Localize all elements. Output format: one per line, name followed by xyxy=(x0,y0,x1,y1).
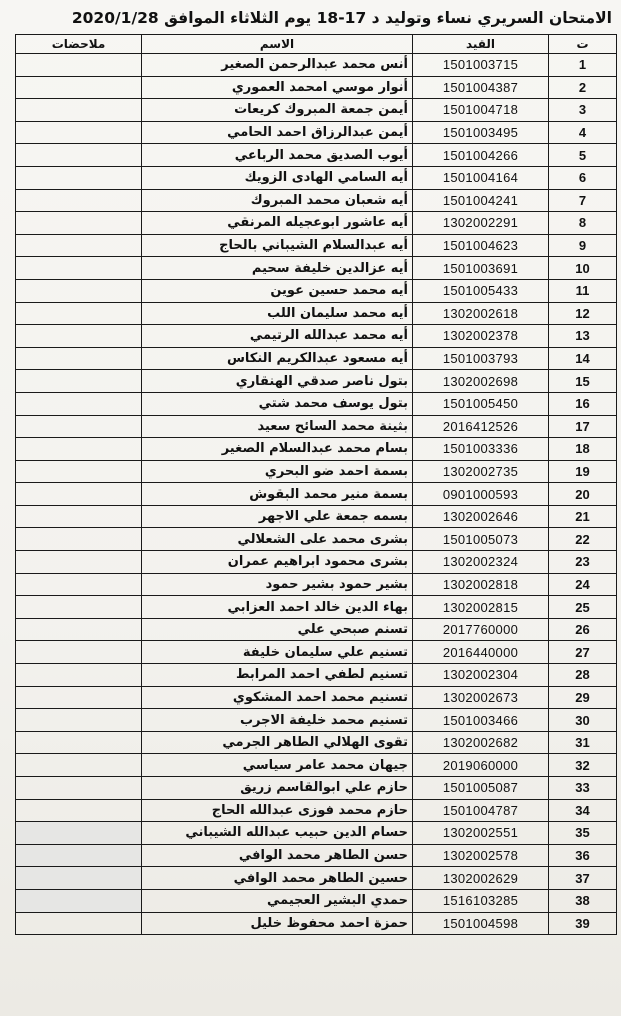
cell-number: 14 xyxy=(549,347,617,370)
cell-registration-id: 1302002291 xyxy=(413,212,549,235)
cell-number: 32 xyxy=(549,754,617,777)
cell-number: 39 xyxy=(549,912,617,935)
table-header-row: ت القيد الاسم ملاحضات xyxy=(16,35,617,54)
cell-registration-id: 1302002818 xyxy=(413,573,549,596)
cell-student-name: أيه عاشور ابوعجيله المرنقي xyxy=(142,212,413,235)
cell-notes xyxy=(16,709,142,732)
cell-student-name: أيمن جمعة المبروك كريعات xyxy=(142,99,413,122)
cell-student-name: بتول ناصر صدقي الهنقاري xyxy=(142,370,413,393)
cell-student-name: تسنيم علي سليمان خليفة xyxy=(142,641,413,664)
cell-number: 2 xyxy=(549,76,617,99)
cell-number: 18 xyxy=(549,438,617,461)
cell-notes xyxy=(16,189,142,212)
cell-notes xyxy=(16,483,142,506)
column-header-notes: ملاحضات xyxy=(16,35,142,54)
table-row: 172016412526بثينة محمد السائح سعيد xyxy=(16,415,617,438)
cell-student-name: أيه محمد عبدالله الرتيمي xyxy=(142,325,413,348)
cell-registration-id: 1302002378 xyxy=(413,325,549,348)
cell-number: 16 xyxy=(549,392,617,415)
cell-notes xyxy=(16,618,142,641)
cell-student-name: أيه السامي الهادى الزويك xyxy=(142,166,413,189)
table-row: 81302002291أيه عاشور ابوعجيله المرنقي xyxy=(16,212,617,235)
cell-notes xyxy=(16,822,142,845)
cell-number: 11 xyxy=(549,279,617,302)
cell-student-name: تقوى الهلالي الطاهر الجرمي xyxy=(142,731,413,754)
cell-notes xyxy=(16,551,142,574)
table-row: 351302002551حسام الدين حبيب عبدالله الشي… xyxy=(16,822,617,845)
cell-number: 3 xyxy=(549,99,617,122)
cell-notes xyxy=(16,912,142,935)
cell-number: 34 xyxy=(549,799,617,822)
table-row: 21501004387أنوار موسي امحمد العموري xyxy=(16,76,617,99)
cell-number: 9 xyxy=(549,234,617,257)
cell-notes xyxy=(16,889,142,912)
cell-number: 4 xyxy=(549,121,617,144)
cell-notes xyxy=(16,392,142,415)
cell-notes xyxy=(16,438,142,461)
table-row: 51501004266أيوب الصديق محمد الرباعي xyxy=(16,144,617,167)
cell-registration-id: 1501005450 xyxy=(413,392,549,415)
cell-notes xyxy=(16,325,142,348)
cell-registration-id: 1302002551 xyxy=(413,822,549,845)
cell-registration-id: 1501003495 xyxy=(413,121,549,144)
cell-registration-id: 1501005433 xyxy=(413,279,549,302)
cell-registration-id: 1501004164 xyxy=(413,166,549,189)
cell-number: 22 xyxy=(549,528,617,551)
column-header-number: ت xyxy=(549,35,617,54)
cell-registration-id: 1302002578 xyxy=(413,844,549,867)
cell-student-name: بثينة محمد السائح سعيد xyxy=(142,415,413,438)
cell-number: 12 xyxy=(549,302,617,325)
table-row: 191302002735بسمة احمد ضو البحري xyxy=(16,460,617,483)
cell-notes xyxy=(16,731,142,754)
cell-registration-id: 1302002815 xyxy=(413,596,549,619)
table-row: 291302002673تسنيم محمد احمد المشكوي xyxy=(16,686,617,709)
table-row: 381516103285حمدي البشير العجيمي xyxy=(16,889,617,912)
table-row: 241302002818بشير حمود بشير حمود xyxy=(16,573,617,596)
table-row: 200901000593بسمة منير محمد البقوش xyxy=(16,483,617,506)
cell-student-name: بسام محمد عبدالسلام الصغير xyxy=(142,438,413,461)
cell-notes xyxy=(16,144,142,167)
cell-registration-id: 1302002324 xyxy=(413,551,549,574)
cell-registration-id: 2017760000 xyxy=(413,618,549,641)
table-row: 322019060000جيهان محمد عامر سياسي xyxy=(16,754,617,777)
cell-registration-id: 1516103285 xyxy=(413,889,549,912)
cell-registration-id: 1501003793 xyxy=(413,347,549,370)
cell-notes xyxy=(16,370,142,393)
table-row: 181501003336بسام محمد عبدالسلام الصغير xyxy=(16,438,617,461)
cell-number: 33 xyxy=(549,777,617,800)
cell-notes xyxy=(16,505,142,528)
cell-student-name: أيه محمد سليمان اللب xyxy=(142,302,413,325)
cell-notes xyxy=(16,99,142,122)
cell-notes xyxy=(16,844,142,867)
table-row: 151302002698بتول ناصر صدقي الهنقاري xyxy=(16,370,617,393)
table-row: 131302002378أيه محمد عبدالله الرتيمي xyxy=(16,325,617,348)
cell-number: 28 xyxy=(549,664,617,687)
table-row: 331501005087حازم علي ابوالقاسم زريق xyxy=(16,777,617,800)
cell-registration-id: 1501004266 xyxy=(413,144,549,167)
cell-notes xyxy=(16,212,142,235)
cell-notes xyxy=(16,347,142,370)
cell-number: 29 xyxy=(549,686,617,709)
cell-notes xyxy=(16,754,142,777)
cell-registration-id: 1501003691 xyxy=(413,257,549,280)
cell-registration-id: 1501003336 xyxy=(413,438,549,461)
cell-notes xyxy=(16,234,142,257)
cell-registration-id: 2016412526 xyxy=(413,415,549,438)
cell-number: 27 xyxy=(549,641,617,664)
cell-registration-id: 1302002735 xyxy=(413,460,549,483)
table-row: 341501004787حازم محمد فوزى عبدالله الحاج xyxy=(16,799,617,822)
cell-student-name: حسام الدين حبيب عبدالله الشيباني xyxy=(142,822,413,845)
document-title: الامتحان السريري نساء وتوليد د 17-18 يوم… xyxy=(120,9,612,27)
table-row: 141501003793أيه مسعود عبدالكريم النكاس xyxy=(16,347,617,370)
cell-student-name: أيه عزالدين خليفة سحيم xyxy=(142,257,413,280)
cell-student-name: بسمه جمعة علي الاجهر xyxy=(142,505,413,528)
cell-student-name: تسنيم محمد احمد المشكوي xyxy=(142,686,413,709)
table-row: 281302002304تسنيم لطفي احمد المرابط xyxy=(16,664,617,687)
table-row: 361302002578حسن الطاهر محمد الوافي xyxy=(16,844,617,867)
cell-student-name: أيه محمد حسين عوين xyxy=(142,279,413,302)
cell-number: 25 xyxy=(549,596,617,619)
cell-number: 19 xyxy=(549,460,617,483)
table-row: 101501003691أيه عزالدين خليفة سحيم xyxy=(16,257,617,280)
table-row: 262017760000تسنم صبحي علي xyxy=(16,618,617,641)
cell-number: 36 xyxy=(549,844,617,867)
cell-registration-id: 2016440000 xyxy=(413,641,549,664)
cell-student-name: بسمة منير محمد البقوش xyxy=(142,483,413,506)
cell-number: 13 xyxy=(549,325,617,348)
cell-registration-id: 0901000593 xyxy=(413,483,549,506)
cell-number: 5 xyxy=(549,144,617,167)
cell-student-name: أنوار موسي امحمد العموري xyxy=(142,76,413,99)
cell-student-name: بشير حمود بشير حمود xyxy=(142,573,413,596)
cell-student-name: تسنيم لطفي احمد المرابط xyxy=(142,664,413,687)
cell-notes xyxy=(16,460,142,483)
cell-registration-id: 1501003466 xyxy=(413,709,549,732)
cell-notes xyxy=(16,573,142,596)
cell-student-name: بشرى محمد على الشعلالي xyxy=(142,528,413,551)
cell-notes xyxy=(16,528,142,551)
cell-notes xyxy=(16,415,142,438)
table-row: 91501004623أيه عبدالسلام الشيباني بالحاج xyxy=(16,234,617,257)
cell-number: 24 xyxy=(549,573,617,596)
table-row: 311302002682تقوى الهلالي الطاهر الجرمي xyxy=(16,731,617,754)
cell-registration-id: 1302002682 xyxy=(413,731,549,754)
cell-student-name: أيه شعبان محمد المبروك xyxy=(142,189,413,212)
cell-registration-id: 1302002304 xyxy=(413,664,549,687)
cell-number: 20 xyxy=(549,483,617,506)
cell-student-name: أيوب الصديق محمد الرباعي xyxy=(142,144,413,167)
cell-student-name: جيهان محمد عامر سياسي xyxy=(142,754,413,777)
cell-number: 17 xyxy=(549,415,617,438)
cell-student-name: حازم علي ابوالقاسم زريق xyxy=(142,777,413,800)
cell-notes xyxy=(16,596,142,619)
cell-registration-id: 1501004598 xyxy=(413,912,549,935)
scanned-page: الامتحان السريري نساء وتوليد د 17-18 يوم… xyxy=(0,0,621,1016)
cell-student-name: أيه مسعود عبدالكريم النكاس xyxy=(142,347,413,370)
cell-notes xyxy=(16,867,142,890)
cell-notes xyxy=(16,302,142,325)
cell-number: 6 xyxy=(549,166,617,189)
table-body: 11501003715أنس محمد عبدالرحمن الصغير2150… xyxy=(16,54,617,935)
cell-notes xyxy=(16,166,142,189)
table-row: 121302002618أيه محمد سليمان اللب xyxy=(16,302,617,325)
cell-student-name: تسنيم محمد خليفة الاجرب xyxy=(142,709,413,732)
cell-number: 15 xyxy=(549,370,617,393)
cell-notes xyxy=(16,54,142,77)
cell-student-name: بسمة احمد ضو البحري xyxy=(142,460,413,483)
cell-student-name: حسن الطاهر محمد الوافي xyxy=(142,844,413,867)
cell-number: 21 xyxy=(549,505,617,528)
cell-number: 23 xyxy=(549,551,617,574)
cell-student-name: أيمن عبدالرزاق احمد الحامي xyxy=(142,121,413,144)
cell-number: 8 xyxy=(549,212,617,235)
cell-student-name: بهاء الدين خالد احمد العزابي xyxy=(142,596,413,619)
cell-registration-id: 1501004387 xyxy=(413,76,549,99)
cell-student-name: بتول يوسف محمد شتي xyxy=(142,392,413,415)
table-row: 31501004718أيمن جمعة المبروك كريعات xyxy=(16,99,617,122)
table-row: 251302002815بهاء الدين خالد احمد العزابي xyxy=(16,596,617,619)
cell-notes xyxy=(16,279,142,302)
cell-notes xyxy=(16,686,142,709)
cell-number: 38 xyxy=(549,889,617,912)
cell-registration-id: 1302002646 xyxy=(413,505,549,528)
cell-student-name: أنس محمد عبدالرحمن الصغير xyxy=(142,54,413,77)
table-row: 272016440000تسنيم علي سليمان خليفة xyxy=(16,641,617,664)
cell-number: 35 xyxy=(549,822,617,845)
cell-student-name: حمدي البشير العجيمي xyxy=(142,889,413,912)
cell-registration-id: 1501003715 xyxy=(413,54,549,77)
cell-registration-id: 1501004787 xyxy=(413,799,549,822)
table-row: 111501005433أيه محمد حسين عوين xyxy=(16,279,617,302)
cell-registration-id: 1501004623 xyxy=(413,234,549,257)
cell-notes xyxy=(16,76,142,99)
cell-registration-id: 1501005073 xyxy=(413,528,549,551)
cell-number: 7 xyxy=(549,189,617,212)
cell-notes xyxy=(16,664,142,687)
cell-notes xyxy=(16,121,142,144)
cell-number: 37 xyxy=(549,867,617,890)
cell-registration-id: 1501004241 xyxy=(413,189,549,212)
cell-number: 31 xyxy=(549,731,617,754)
table-row: 161501005450بتول يوسف محمد شتي xyxy=(16,392,617,415)
table-row: 231302002324بشرى محمود ابراهيم عمران xyxy=(16,551,617,574)
cell-notes xyxy=(16,777,142,800)
cell-registration-id: 1302002673 xyxy=(413,686,549,709)
cell-registration-id: 1302002618 xyxy=(413,302,549,325)
cell-notes xyxy=(16,799,142,822)
cell-student-name: حسين الطاهر محمد الوافي xyxy=(142,867,413,890)
cell-notes xyxy=(16,257,142,280)
cell-registration-id: 2019060000 xyxy=(413,754,549,777)
cell-registration-id: 1302002629 xyxy=(413,867,549,890)
cell-registration-id: 1501005087 xyxy=(413,777,549,800)
cell-registration-id: 1302002698 xyxy=(413,370,549,393)
cell-number: 26 xyxy=(549,618,617,641)
table-row: 371302002629حسين الطاهر محمد الوافي xyxy=(16,867,617,890)
table-row: 41501003495أيمن عبدالرزاق احمد الحامي xyxy=(16,121,617,144)
cell-student-name: بشرى محمود ابراهيم عمران xyxy=(142,551,413,574)
cell-number: 30 xyxy=(549,709,617,732)
column-header-name: الاسم xyxy=(142,35,413,54)
column-header-registration-id: القيد xyxy=(413,35,549,54)
cell-number: 10 xyxy=(549,257,617,280)
table-row: 301501003466تسنيم محمد خليفة الاجرب xyxy=(16,709,617,732)
cell-notes xyxy=(16,641,142,664)
cell-student-name: أيه عبدالسلام الشيباني بالحاج xyxy=(142,234,413,257)
cell-registration-id: 1501004718 xyxy=(413,99,549,122)
exam-roster-table: ت القيد الاسم ملاحضات 11501003715أنس محم… xyxy=(15,34,617,935)
table-row: 211302002646بسمه جمعة علي الاجهر xyxy=(16,505,617,528)
cell-student-name: تسنم صبحي علي xyxy=(142,618,413,641)
table-row: 391501004598حمزة احمد محفوظ خليل xyxy=(16,912,617,935)
table-row: 61501004164أيه السامي الهادى الزويك xyxy=(16,166,617,189)
table-row: 71501004241أيه شعبان محمد المبروك xyxy=(16,189,617,212)
cell-student-name: حمزة احمد محفوظ خليل xyxy=(142,912,413,935)
table-row: 221501005073بشرى محمد على الشعلالي xyxy=(16,528,617,551)
table-row: 11501003715أنس محمد عبدالرحمن الصغير xyxy=(16,54,617,77)
cell-number: 1 xyxy=(549,54,617,77)
cell-student-name: حازم محمد فوزى عبدالله الحاج xyxy=(142,799,413,822)
